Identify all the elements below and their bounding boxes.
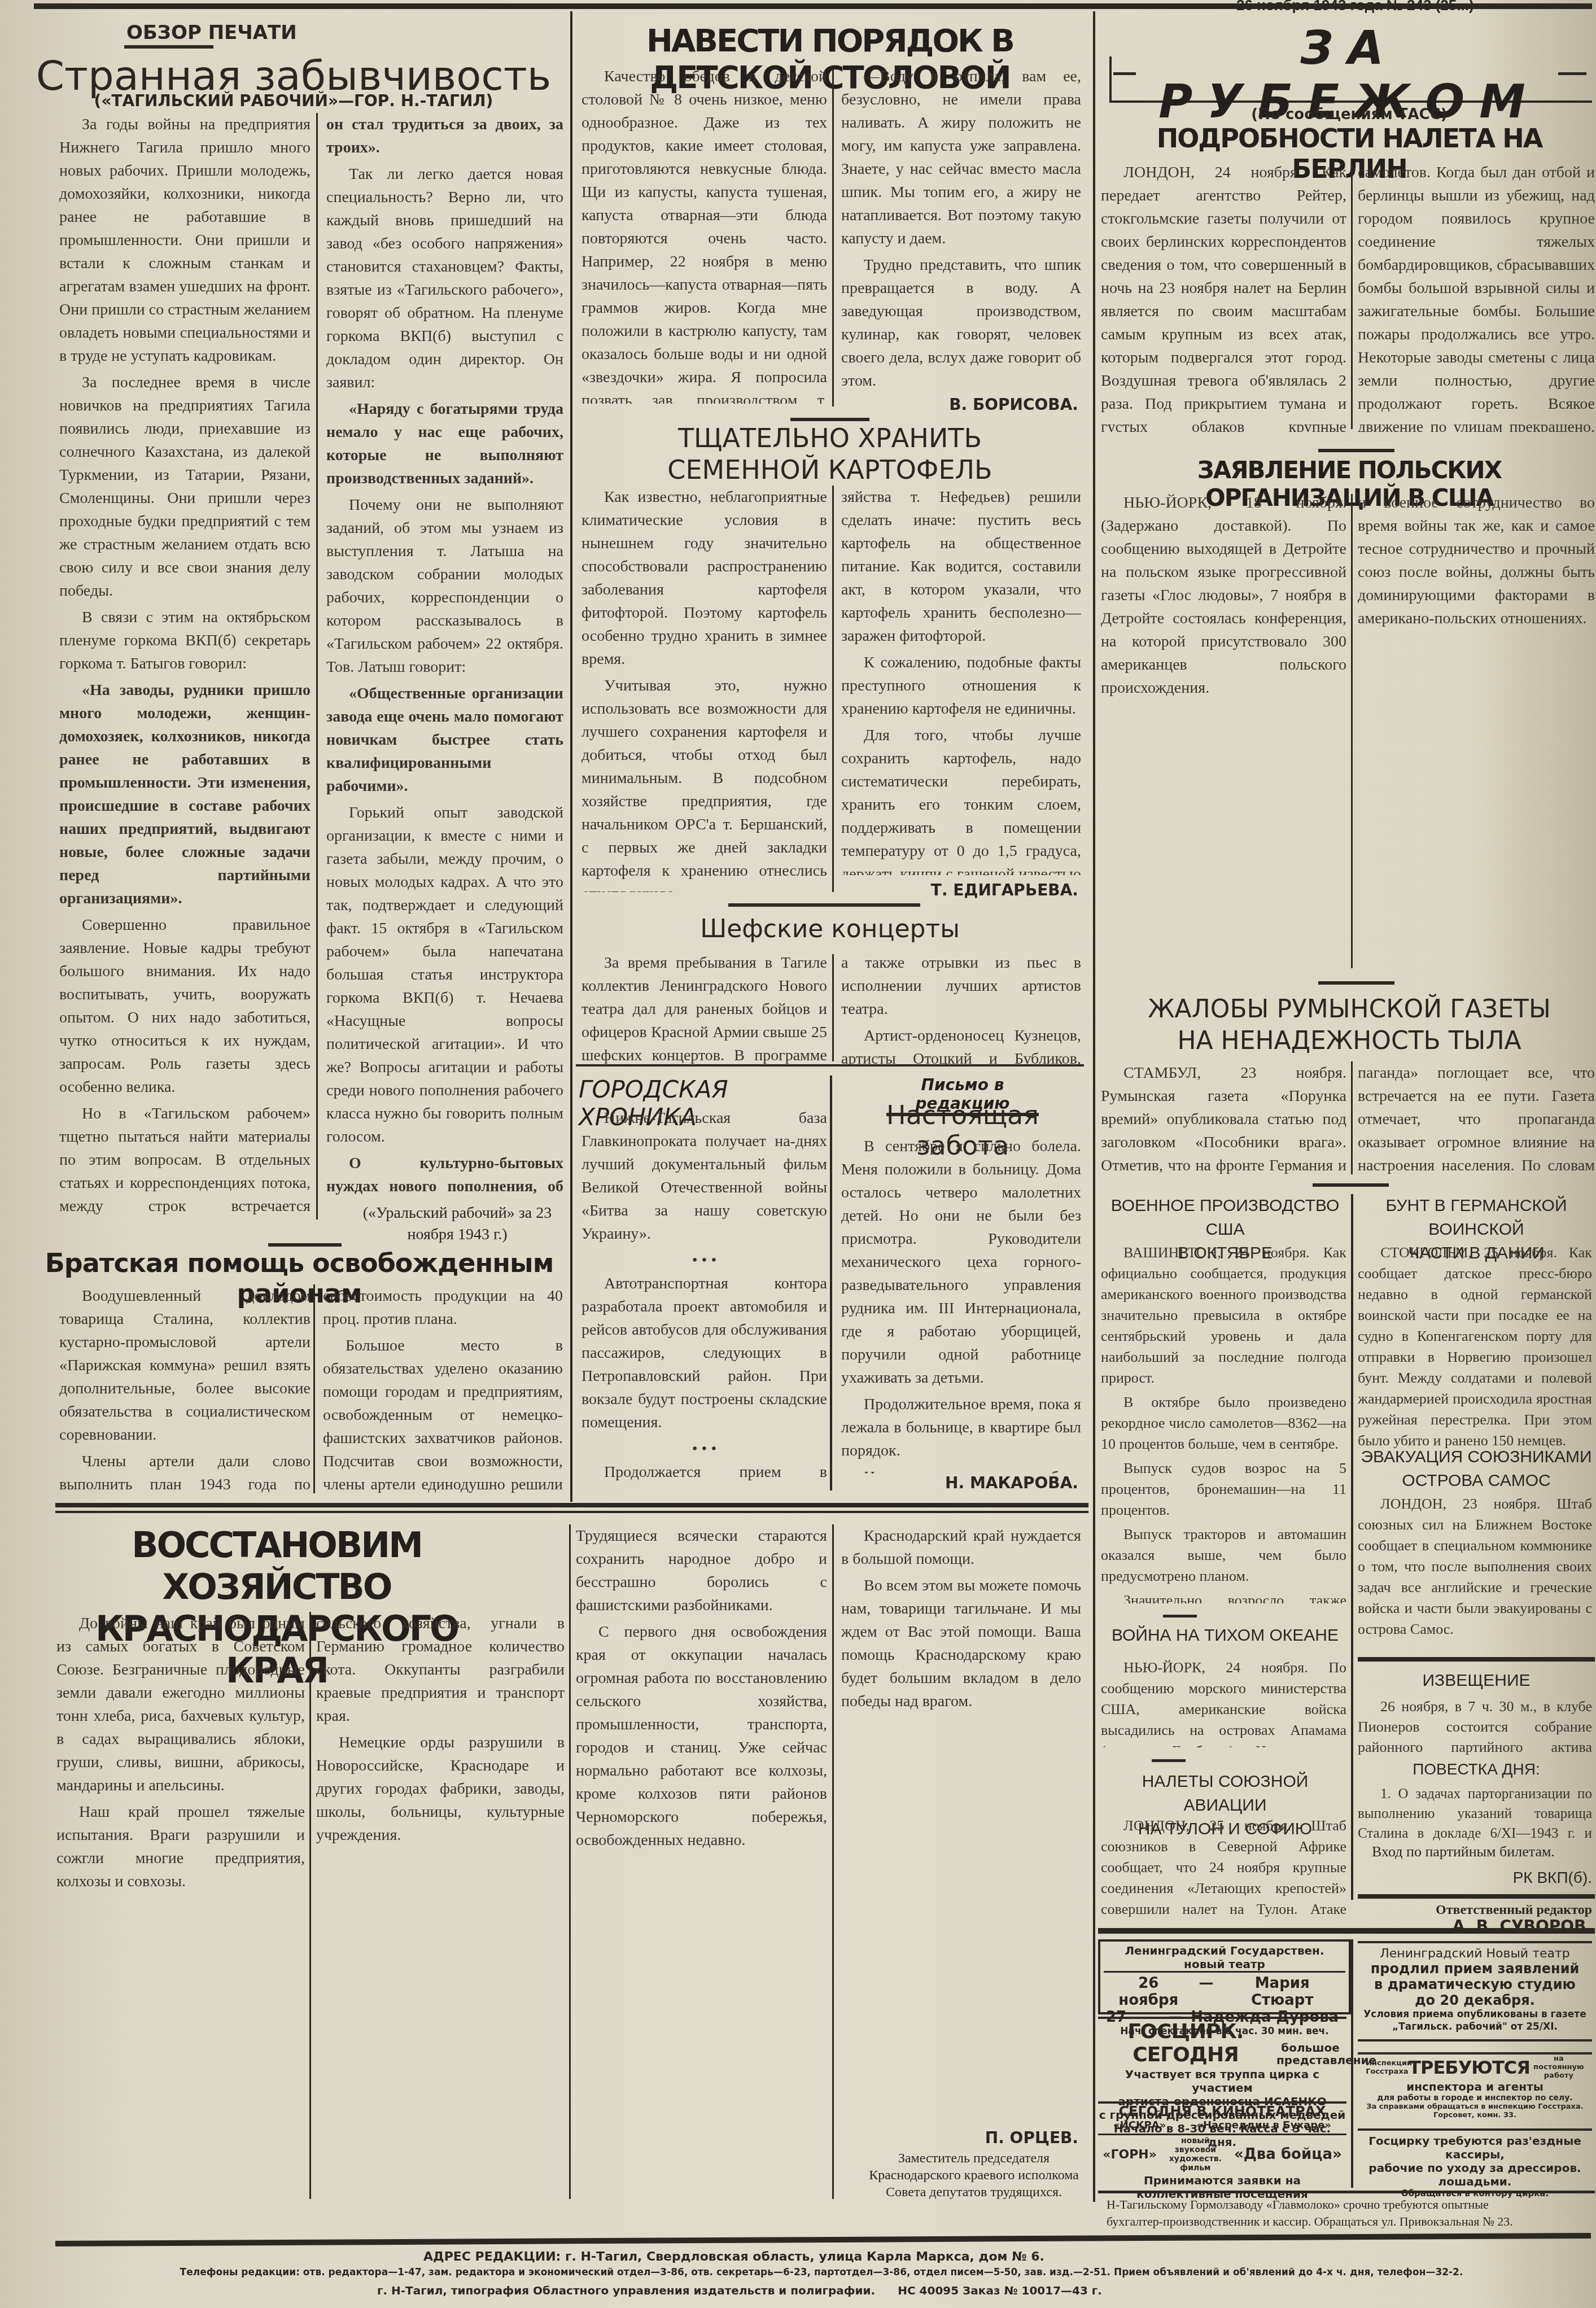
- title-line: ВОССТАНОВИМ ХОЗЯЙСТВО: [51, 1524, 502, 1608]
- paragraph: себестоимость продукции на 40 проц. прот…: [323, 1284, 563, 1331]
- article-column: До войны наш край был одним из самых бог…: [56, 1612, 305, 2199]
- section-source: (По сообщениям ТАСС): [1107, 106, 1592, 123]
- paragraph: Члены артели дали слово выполнить план 1…: [59, 1450, 311, 1493]
- circus-jobs-ad: Госцирку требуются раз'ездные кассиры, р…: [1358, 2128, 1592, 2184]
- studio-line: до 20 декабря.: [1358, 1992, 1592, 2008]
- paragraph: В сентябре я сильно болела. Меня положил…: [841, 1135, 1081, 1389]
- insurance-line: для работы в городе и инспектор по селу.: [1358, 2093, 1592, 2102]
- newspaper-page: 26 ноября 1943 года № 243 (25...) ОБЗОР …: [0, 0, 1596, 2308]
- paragraph: К сожалению, подобные факты преступного …: [841, 651, 1081, 720]
- paragraph: Краснодарский край нуждается в большой п…: [841, 1524, 1081, 1571]
- paragraph: Совершенно правильное заявление. Новые к…: [59, 913, 311, 1099]
- title-line: СЕМЕННОЙ КАРТОФЕЛЬ: [576, 454, 1084, 486]
- paragraph: и военное сотрудничество во время войны …: [1358, 491, 1595, 630]
- circus-jobs-line: рабочие по уходу за дрессиров. лошадьми.: [1358, 2161, 1592, 2188]
- article-column: ЛОНДОН, 24 ноября. Как передает агентств…: [1101, 161, 1346, 432]
- signature: Т. ЕДИГАРЬЕВА.: [903, 881, 1078, 899]
- paragraph: ЛОНДОН, 23 ноября. Штаб союзных сил на Б…: [1358, 1493, 1592, 1640]
- quote: О культурно-бытовых нуждах нового пополн…: [326, 1152, 563, 1203]
- paragraph: За последнее время в числе новичков на п…: [59, 371, 311, 602]
- circus-ad: ГОСЦИРК. СЕГОДНЯ большое представление У…: [1098, 2017, 1346, 2098]
- studio-line: Условия приема опубликованы в газете „Та…: [1358, 2008, 1592, 2033]
- quote: «Наряду с богатырями труда немало у нас …: [326, 397, 563, 490]
- banner-dash: [1113, 72, 1136, 75]
- paragraph: Немецкие орды разрушили в Новороссийске,…: [316, 1731, 565, 1847]
- column-divider: [832, 954, 834, 1061]
- insurance-big: ТРЕБУЮТСЯ: [1409, 2057, 1530, 2078]
- article-column: самолетов. Когда был дан отбой и берлинц…: [1358, 161, 1595, 432]
- show-title: Мария Стюарт: [1221, 1975, 1343, 2009]
- paragraph: С первого дня освобождения края от оккуп…: [576, 1620, 827, 1852]
- quote: «Общественные организации завода еще оче…: [326, 682, 563, 798]
- dairy-ad: Н-Тагильскому Гормолзаводу «Главмолоко» …: [1107, 2196, 1592, 2230]
- article-column: а также отрывки из пьес в исполнении луч…: [841, 951, 1081, 1064]
- paragraph: За годы войны на предприятия Нижнего Таг…: [59, 113, 311, 368]
- separator: [268, 1243, 342, 1247]
- paragraph: сельского хозяйства, угнали в Германию г…: [316, 1612, 565, 1728]
- notice-title: ИЗВЕЩЕНИЕ: [1358, 1671, 1595, 1690]
- circus-header: ГОСЦИРК. СЕГОДНЯ большое представление: [1098, 2019, 1346, 2067]
- paragraph: Почему они не выполняют заданий, об этом…: [326, 493, 563, 679]
- column-divider: [569, 1524, 571, 2199]
- separator: [1152, 1759, 1186, 1762]
- paragraph: Но в «Тагильском рабочем» тщетно пытатьс…: [59, 1102, 311, 1219]
- title-line: ЖАЛОБЫ РУМЫНСКОЙ ГАЗЕТЫ: [1107, 994, 1592, 1025]
- chronicle-item: Продолжается прием в драматическую студи…: [581, 1461, 827, 1490]
- paragraph: Качество обедов в детской столовой № 8 о…: [581, 65, 827, 404]
- article-column: СТОКГОЛЬМ, 25 ноября. Как сообщает датск…: [1358, 1242, 1592, 1451]
- article-title: ТЩАТЕЛЬНО ХРАНИТЬ СЕМЕННОЙ КАРТОФЕЛЬ: [576, 422, 1084, 486]
- article-column: зяйства т. Нефедьев) решили сделать инач…: [841, 486, 1081, 875]
- cinema-header: СЕГОДНЯ В КИНОТЕАТРАХ: [1098, 2104, 1346, 2119]
- separator: [1318, 449, 1394, 452]
- signature: Н. МАКАРОВА.: [903, 1474, 1078, 1492]
- title-line: НА НЕНАДЕЖНОСТЬ ТЫЛА: [1107, 1025, 1592, 1057]
- paragraph: а также отрывки из пьес в исполнении луч…: [841, 951, 1081, 1021]
- insurance-ad: Инспекции Госстраха ТРЕБУЮТСЯ на постоян…: [1358, 2052, 1592, 2114]
- venue: «ИСКРА»: [1113, 2119, 1166, 2131]
- paragraph: Трудно представить, что шпик превращаетс…: [841, 253, 1081, 392]
- separator: [1098, 2191, 1595, 2193]
- section-rule: [55, 1511, 1088, 1513]
- signature: В. БОРИСОВА.: [903, 395, 1078, 414]
- article-column: НЬЮ-ЙОРК, 18 ноября. (Задержано доставко…: [1101, 491, 1346, 977]
- quote: «На заводы, рудники пришло много молодеж…: [59, 679, 311, 910]
- article-column: Качество обедов в детской столовой № 8 о…: [581, 65, 827, 404]
- dairy-line: бухгалтер-производственник и кассир. Обр…: [1107, 2213, 1592, 2230]
- order-number: НС 40095 Заказ № 10017—43 г.: [898, 2284, 1102, 2297]
- article-column: СТАМБУЛ, 23 ноября. Румынская газета «По…: [1101, 1061, 1346, 1174]
- column-divider: [1351, 1939, 1353, 2188]
- column-divider: [1351, 1061, 1353, 1174]
- column-divider: [1351, 1194, 1353, 1900]
- source-note: («Уральский рабочий» за 23 ноября 1943 г…: [361, 1203, 553, 1245]
- title-line: НАЛЕТЫ СОЮЗНОЙ АВИАЦИИ: [1101, 1770, 1349, 1817]
- paragraph: самолетов. Когда был дан отбой и берлинц…: [1358, 161, 1595, 432]
- film: «Насреддин в Бухаре»: [1196, 2119, 1331, 2131]
- show-date: 26 ноября: [1106, 1975, 1191, 2009]
- article-column: —Воду я отпила, вам ее, безусловно, не и…: [841, 65, 1081, 392]
- article-column: НЬЮ-ЙОРК, 24 ноября. По сообщению морско…: [1101, 1657, 1346, 1747]
- bullet-separator: • • •: [581, 1437, 827, 1461]
- signature: П. ОРЦЕВ.: [903, 2128, 1078, 2147]
- article-column: Воодушевленный докладом товарища Сталина…: [59, 1284, 311, 1493]
- theatre-row: 26 ноября—Мария Стюарт: [1100, 1975, 1349, 2009]
- paragraph: Учитывая это, нужно использовать все воз…: [581, 674, 827, 892]
- agenda-title: ПОВЕСТКА ДНЯ:: [1358, 1760, 1595, 1778]
- title-line: ТЩАТЕЛЬНО ХРАНИТЬ: [576, 422, 1084, 454]
- editorial-phones: Телефоны редакции: отв. редактора—1-47, …: [54, 2267, 1589, 2278]
- paragraph: Артист-орденоносец Кузнецов, артисты Ото…: [841, 1024, 1081, 1064]
- dash: —: [1199, 1975, 1213, 2009]
- article-title: ВОЙНА НА ТИХОМ ОКЕАНЕ: [1101, 1626, 1349, 1645]
- article-column: В сентябре я сильно болела. Меня положил…: [841, 1135, 1081, 1474]
- column-divider: [832, 1524, 834, 2199]
- article-column: сельского хозяйства, угнали в Германию г…: [316, 1612, 565, 2199]
- dairy-line: Н-Тагильскому Гормолзаводу «Главмолоко» …: [1107, 2196, 1592, 2213]
- paragraph: СТАМБУЛ, 23 ноября. Румынская газета «По…: [1101, 1061, 1346, 1174]
- article-subtitle: («ТАГИЛЬСКИЙ РАБОЧИЙ»—ГОР. Н.-ТАГИЛ): [34, 91, 553, 110]
- column-divider: [1351, 164, 1353, 429]
- article-column: Трудящиеся всячески стараются сохранить …: [576, 1524, 827, 2199]
- article-column: ЛОНДОН, 23 ноября. Штаб союзных сил на Б…: [1358, 1493, 1592, 1646]
- column-divider: [309, 1612, 311, 2199]
- paragraph: ЛОНДОН, 25 ноября. Штаб союзников в Севе…: [1101, 1815, 1346, 1917]
- article-column: ВАШИНГТОН, 24 ноября. Как официально соо…: [1101, 1242, 1346, 1603]
- chronicle-item: Автотранспортная контора разработала про…: [581, 1272, 827, 1434]
- theatre-header: Ленинградский Государствен. новый театр: [1104, 1944, 1345, 1973]
- paragraph: СТОКГОЛЬМ, 25 ноября. Как сообщает датск…: [1358, 1242, 1592, 1451]
- banner-bracket: [1109, 56, 1112, 102]
- separator: [1358, 1894, 1595, 1899]
- paragraph: НЬЮ-ЙОРК, 18 ноября. (Задержано доставко…: [1101, 491, 1346, 700]
- insurance-line: За справками обращаться в инспекцию Госс…: [1358, 2102, 1592, 2119]
- column-divider: [832, 486, 834, 892]
- studio-line: в драматическую студию: [1358, 1977, 1592, 1992]
- footer-rule: [55, 2233, 1591, 2246]
- cinema-row: «ГОРН» новый звуковой художеств. фильм «…: [1098, 2134, 1346, 2174]
- article-column: себестоимость продукции на 40 проц. прот…: [323, 1284, 563, 1493]
- paragraph: паганда» поглощает все, что встречается …: [1358, 1061, 1595, 1174]
- title-line: ОСТРОВА САМОС: [1358, 1469, 1595, 1493]
- studio-line: продлил прием заявлений: [1358, 1961, 1592, 1977]
- article-column: паганда» поглощает все, что встречается …: [1358, 1061, 1595, 1174]
- paragraph: Продолжительное время, пока я лежала в б…: [841, 1393, 1081, 1462]
- paragraph: Как известно, неблагоприятные климатичес…: [581, 486, 827, 671]
- separator: [576, 1064, 1084, 1066]
- paragraph: —Воду я отпила, вам ее, безусловно, не и…: [841, 65, 1081, 250]
- paragraph: До войны наш край был одним из самых бог…: [56, 1612, 305, 1797]
- chronicle-list: Нижне-Тагильская база Главкинопроката по…: [581, 1107, 827, 1490]
- page-divider: [570, 11, 572, 1502]
- section-label: ОБЗОР ПЕЧАТИ: [124, 21, 213, 49]
- circus-jobs-line: Госцирку требуются раз'ездные кассиры,: [1358, 2134, 1592, 2161]
- paragraph: В октябре было произведено рекордное чис…: [1101, 1392, 1346, 1454]
- paragraph: Исключительную заботу проявила работница…: [841, 1466, 1081, 1474]
- venue: «ГОРН»: [1103, 2148, 1157, 2162]
- circus-tag: большое представление: [1276, 2042, 1344, 2066]
- paragraph: Наш край прошел тяжелые испытания. Враги…: [56, 1800, 305, 1893]
- article-title: Шефские концерты: [576, 915, 1084, 943]
- circus-name: ГОСЦИРК. СЕГОДНЯ: [1100, 2020, 1271, 2066]
- signature-caption: Заместитель председателя Краснодарского …: [864, 2150, 1084, 2201]
- paragraph: 26 ноября, в 7 ч. 30 м., в клубе Пионеро…: [1358, 1697, 1592, 1759]
- studio-ad: Ленинградский Новый театр продлил прием …: [1358, 1941, 1592, 2042]
- editor-label: Ответственный редактор: [1366, 1903, 1592, 1918]
- notice-body: 26 ноября, в 7 ч. 30 м., в клубе Пионеро…: [1358, 1697, 1592, 1759]
- insurance-right: на постоянную работу: [1533, 2055, 1584, 2080]
- notice-signature: РК ВКП(б).: [1468, 1869, 1592, 1887]
- theatre-ad: Ленинградский Государствен. новый театр …: [1098, 1939, 1351, 2014]
- article-column: За время пребывания в Тагиле коллектив Л…: [581, 951, 827, 1064]
- agenda-item: 1. О задачах парторганизации по выполнен…: [1358, 1784, 1592, 1846]
- ads-rule: [1098, 1928, 1595, 1934]
- column-divider: [316, 113, 318, 1219]
- circus-line: Участвует вся труппа цирка с участием: [1098, 2067, 1346, 2095]
- paragraph: Выпуск тракторов и автомашин оказался вы…: [1101, 1524, 1346, 1586]
- notice-entry: Вход по партийным билетам.: [1372, 1843, 1592, 1860]
- cinema-row: «ИСКРА»«Насреддин в Бухаре»: [1098, 2119, 1346, 2131]
- title-line: БУНТ В ГЕРМАНСКОЙ ВОИНСКОЙ: [1358, 1194, 1595, 1242]
- paragraph: В связи с этим на октябрьском пленуме го…: [59, 606, 311, 675]
- printer-line: г. Н-Тагил, типография Областного управл…: [373, 2284, 1107, 2297]
- title-line: ВОЕННОЕ ПРОИЗВОДСТВО США: [1101, 1194, 1349, 1242]
- title-line: ЭВАКУАЦИЯ СОЮЗНИКАМИ: [1358, 1445, 1595, 1469]
- paragraph: Воодушевленный докладом товарища Сталина…: [59, 1284, 311, 1446]
- separator: [1313, 1183, 1389, 1187]
- paragraph: он стал трудиться за двоих, за троих».: [326, 113, 563, 159]
- film-desc: новый звуковой художеств. фильм: [1161, 2136, 1229, 2173]
- article-title: ЭВАКУАЦИЯ СОЮЗНИКАМИ ОСТРОВА САМОС: [1358, 1445, 1595, 1493]
- ornament-rule: [728, 903, 920, 907]
- column-divider: [830, 1076, 832, 1490]
- column-divider: [832, 68, 834, 406]
- paragraph: За время пребывания в Тагиле коллектив Л…: [581, 951, 827, 1064]
- paragraph: Значительно возросло также строительство…: [1101, 1590, 1346, 1603]
- paragraph: ЛОНДОН, 24 ноября. Как передает агентств…: [1101, 161, 1346, 432]
- insurance-header: Инспекции Госстраха ТРЕБУЮТСЯ на постоян…: [1358, 2055, 1592, 2080]
- paragraph: Во всем этом вы можете помочь нам, товар…: [841, 1574, 1081, 1713]
- separator: [790, 418, 869, 421]
- article-column: ЛОНДОН, 25 ноября. Штаб союзников в Севе…: [1101, 1815, 1346, 1917]
- paragraph: Большое место в обязательствах уделено о…: [323, 1334, 563, 1493]
- column-divider: [1351, 494, 1353, 968]
- film: «Два бойца»: [1234, 2146, 1342, 2163]
- banner-dash: [1558, 72, 1586, 75]
- article-title: ЖАЛОБЫ РУМЫНСКОЙ ГАЗЕТЫ НА НЕНАДЕЖНОСТЬ …: [1107, 994, 1592, 1057]
- paragraph: зяйства т. Нефедьев) решили сделать инач…: [841, 486, 1081, 648]
- paragraph: Для того, чтобы лучше сохранить картофел…: [841, 724, 1081, 875]
- date-line: 26 ноября 1943 года № 243 (25...): [1236, 0, 1592, 14]
- insurance-left: Инспекции Госстраха: [1366, 2059, 1405, 2076]
- cinema-ad: СЕГОДНЯ В КИНОТЕАТРАХ «ИСКРА»«Насреддин …: [1098, 2101, 1346, 2194]
- paragraph: НЬЮ-ЙОРК, 24 ноября. По сообщению морско…: [1101, 1657, 1346, 1747]
- paragraph: 1. О задачах парторганизации по выполнен…: [1358, 1784, 1592, 1846]
- paragraph: Горький опыт заводской организации, к вм…: [326, 801, 563, 1148]
- article-column: он стал трудиться за двоих, за троих». Т…: [326, 113, 563, 1203]
- column-divider: [313, 1284, 315, 1493]
- separator: [1358, 1657, 1595, 1662]
- article-column: За годы войны на предприятия Нижнего Таг…: [59, 113, 311, 1219]
- article-column: Как известно, неблагоприятные климатичес…: [581, 486, 827, 892]
- section-rule: [55, 1503, 1088, 1507]
- paragraph: ВАШИНГТОН, 24 ноября. Как официально соо…: [1101, 1242, 1346, 1388]
- separator: [1163, 1615, 1197, 1618]
- article-column: Краснодарский край нуждается в большой п…: [841, 1524, 1081, 2106]
- bullet-separator: • • •: [581, 1249, 827, 1272]
- paragraph: Выпуск судов возрос на 5 процентов, брон…: [1101, 1458, 1346, 1520]
- page-divider: [1093, 11, 1095, 2202]
- insurance-line: инспектора и агенты: [1358, 2080, 1592, 2093]
- paragraph: Так ли легко дается новая специальность?…: [326, 163, 563, 394]
- article-column: и военное сотрудничество во время войны …: [1358, 491, 1595, 977]
- chronicle-item: Нижне-Тагильская база Главкинопроката по…: [581, 1107, 827, 1245]
- editorial-address: АДРЕС РЕДАКЦИИ: г. Н-Тагил, Свердловская…: [339, 2250, 1129, 2264]
- paragraph: Трудящиеся всячески стараются сохранить …: [576, 1524, 827, 1617]
- printer-name: г. Н-Тагил, типография Областного управл…: [377, 2284, 875, 2297]
- separator: [1318, 981, 1394, 985]
- studio-line: Ленинградский Новый театр: [1358, 1947, 1592, 1961]
